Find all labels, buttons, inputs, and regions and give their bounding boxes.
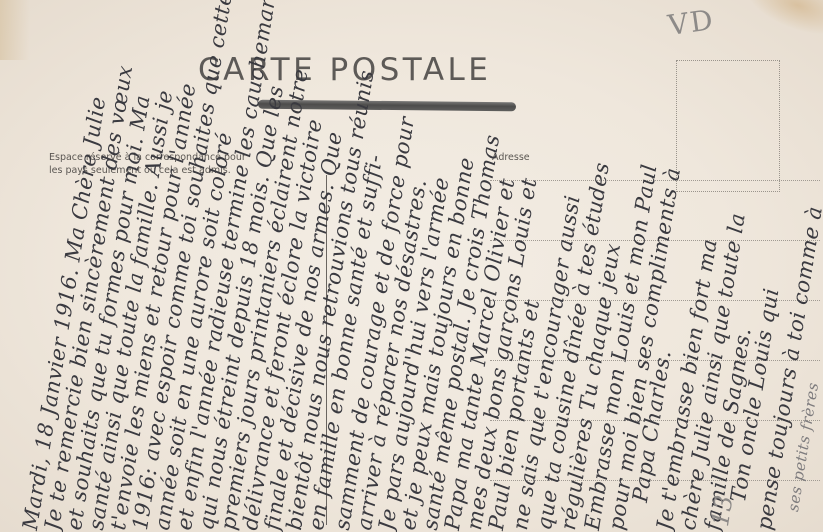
correspondence-note-line-2: les pays seulement où cela est admis. xyxy=(49,164,299,177)
corner-stain xyxy=(739,0,823,40)
handwriting-line: en famille en bonne santé et suffi- xyxy=(304,153,387,532)
handwriting-line: Paul bien portants et xyxy=(484,298,544,532)
handwriting-line: Ton oncle Louis qui xyxy=(726,286,784,504)
stamp-box xyxy=(676,60,780,192)
handwriting-line: chère Julie ainsi que toute la xyxy=(676,211,750,532)
handwriting-line: Papa ma tante Marcel Olivier et xyxy=(440,177,519,532)
handwriting-line: mes deux bons garçons Louis et xyxy=(462,176,541,532)
handwriting-line: santé même postal. Je crois Thomas xyxy=(418,133,504,532)
address-line xyxy=(490,420,820,421)
handwriting-line: Je pars aujourd'hui vers l'armée xyxy=(374,175,454,531)
handwriting-line: bientôt nous nous retrouvions tous réuni… xyxy=(282,68,379,532)
handwriting-line: et je peux mais toujours en bonne xyxy=(396,156,479,532)
handwriting-line: Embrasse mon Louis et mon Paul xyxy=(580,162,662,531)
handwriting-line: pour moi bien ses compliments à xyxy=(604,166,685,532)
handwriting-line: ne sais que t'encourager aussi xyxy=(508,193,585,531)
center-divider xyxy=(326,175,327,525)
handwriting-line: t'envoie les miens et retour pour l'anné… xyxy=(106,81,200,531)
edge-stain xyxy=(0,0,30,60)
address-line xyxy=(490,480,820,481)
address-label: Adresse xyxy=(492,152,530,163)
postcard-back: CARTE POSTALE Espace réservé à la corres… xyxy=(0,0,823,532)
handwriting-line: finale et décisive de nos armes. Que xyxy=(260,130,347,532)
address-line xyxy=(490,300,820,301)
correspondence-note: Espace réservé à la correspondance pour … xyxy=(49,151,299,177)
handwriting-line: premiers jours printaniers éclairent not… xyxy=(216,67,313,532)
pencil-mark-13: 13 xyxy=(706,493,739,529)
handwriting-line: ses petits frères xyxy=(784,381,822,513)
handwriting-line: pense toujours à toi comme à xyxy=(752,204,823,531)
handwriting-line: arriver à réparer nos désastres. xyxy=(352,177,431,531)
handwriting-line: que ta cousine dînée à tes études xyxy=(532,161,614,532)
handwriting-line: délivrance et feront éclore la victoire xyxy=(238,117,327,532)
handwriting-line: Je t'embrasse bien fort ma xyxy=(652,237,722,532)
address-line xyxy=(490,240,820,241)
pencil-mark-vd: VD xyxy=(666,3,717,42)
handwriting-line: samment de courage et de force pour xyxy=(330,115,419,532)
postcard-title: CARTE POSTALE xyxy=(198,52,491,88)
handwriting-line: année soit en une aurore soit coloré xyxy=(150,130,237,531)
strike-through-bar xyxy=(258,100,516,112)
address-line xyxy=(490,360,820,361)
handwriting-line: Je te remercie bien sincèrement des vœux xyxy=(40,64,137,532)
handwriting-line: régulières Tu chaque jeux xyxy=(556,241,625,531)
correspondence-note-line-1: Espace réservé à la correspondance pour xyxy=(49,151,299,164)
